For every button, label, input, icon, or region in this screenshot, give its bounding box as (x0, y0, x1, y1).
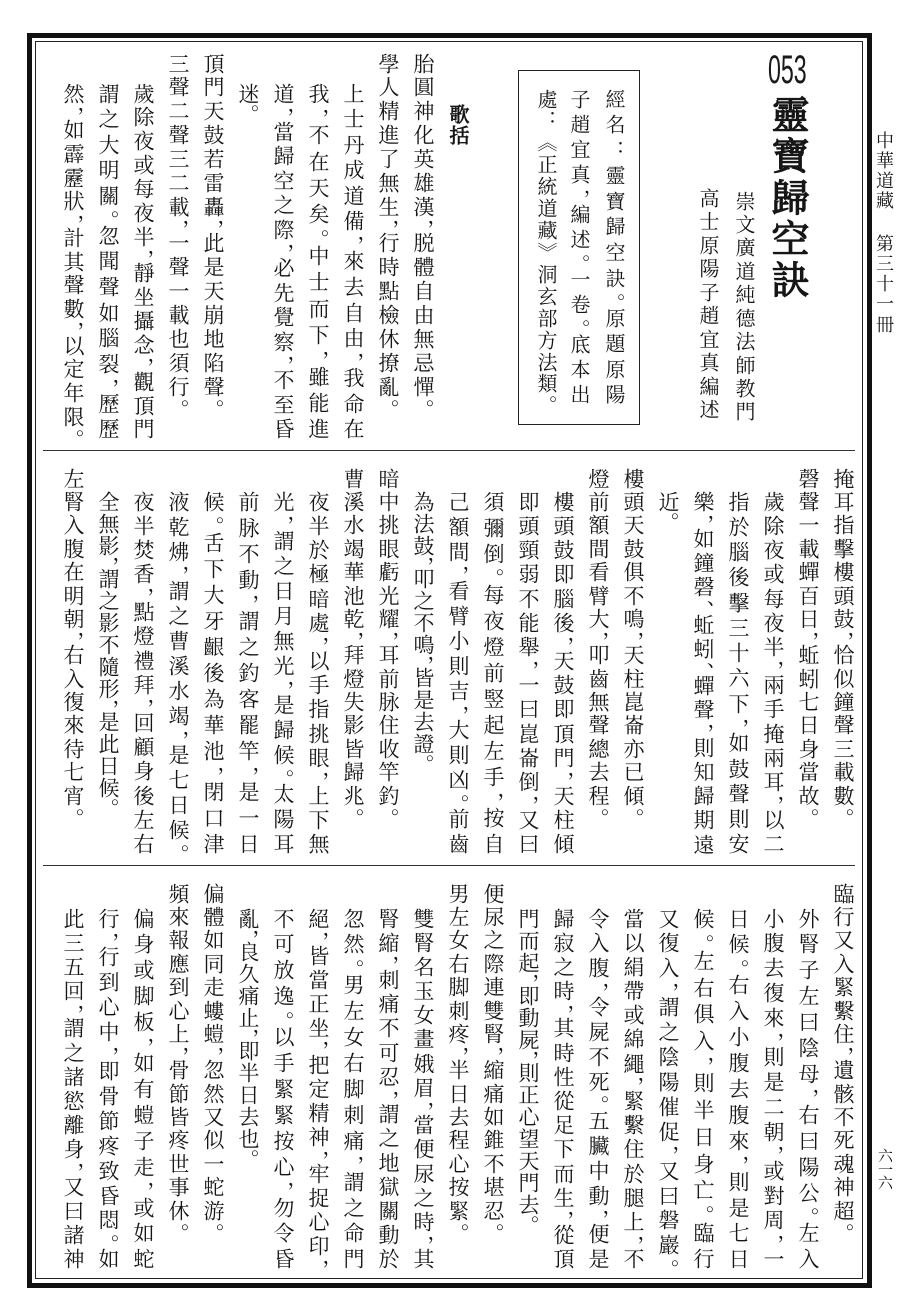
glyph: 鳴 (615, 608, 650, 630)
glyph: 頸 (510, 539, 545, 561)
glyph: 靈 (596, 165, 631, 186)
glyph: 放 (265, 959, 300, 981)
glyph: 天 (615, 514, 650, 536)
glyph: 年 (55, 382, 90, 404)
glyph: 。 (265, 769, 300, 780)
glyph: ， (160, 219, 195, 230)
glyph: 悶 (90, 1209, 125, 1231)
glyph: 或 (125, 1196, 160, 1218)
glyph: 當 (265, 120, 300, 142)
glyph: 。 (230, 104, 265, 115)
glyph: 候 (90, 776, 125, 798)
glyph: 天 (195, 100, 230, 122)
glyph: 聲 (160, 124, 195, 146)
glyph: 光 (265, 654, 300, 676)
glyph: 寂 (545, 931, 580, 953)
glyph: 。 (440, 794, 475, 805)
glyph: ， (790, 1088, 825, 1099)
glyph: 男 (440, 882, 475, 904)
glyph: 手 (755, 698, 790, 720)
glyph: 臨 (685, 1221, 720, 1243)
glyph: 半 (755, 636, 790, 658)
glyph: ， (160, 1046, 195, 1057)
glyph: ， (265, 107, 300, 118)
glyph: 而 (300, 297, 335, 319)
glyph: 手 (300, 674, 335, 696)
glyph: 成 (335, 159, 370, 181)
glyph: 近 (650, 490, 685, 512)
glyph: 一 (561, 268, 596, 289)
verse-line: 學人精進了無生，行時點檢休撩亂。 (370, 52, 405, 410)
glyph: 偏 (125, 907, 160, 929)
glyph: 有 (125, 1077, 160, 1099)
glyph: 題 (596, 333, 631, 354)
glyph: 半 (685, 1099, 720, 1121)
glyph: ， (90, 1046, 125, 1057)
glyph: 住 (825, 1023, 860, 1045)
glyph: 畫 (405, 1028, 440, 1050)
glyph: 走 (125, 1155, 160, 1177)
glyph: 。 (510, 1215, 545, 1226)
glyph: 夜 (475, 609, 510, 631)
glyph: ， (300, 771, 335, 782)
glyph: 亡 (685, 1179, 720, 1201)
glyph: 入 (580, 932, 615, 954)
glyph: 朝 (55, 608, 90, 630)
glyph: 自 (475, 833, 510, 855)
glyph: 來 (335, 250, 370, 272)
glyph: ， (580, 982, 615, 993)
glyph: 日 (265, 579, 300, 601)
glyph: 掩 (825, 467, 860, 489)
glyph: 入 (825, 952, 860, 974)
glyph: 其 (405, 1248, 440, 1270)
commentary-line: 我，不在天矣。中士而下，雖能進 (300, 82, 335, 440)
glyph: 經 (596, 88, 631, 109)
glyph: ， (370, 631, 405, 642)
glyph: 其 (55, 250, 90, 272)
glyph: 之 (405, 1186, 440, 1208)
glyph: 尿 (475, 905, 510, 927)
glyph: 不 (370, 1017, 405, 1039)
glyph: 如 (125, 1052, 160, 1074)
glyph: 五 (580, 1109, 615, 1131)
glyph: 體 (405, 256, 440, 278)
glyph: 不 (265, 907, 300, 929)
commentary-line: 行，行到心中，即骨節疼致昏悶。如 (90, 907, 125, 1270)
glyph: 之 (90, 108, 125, 130)
glyph: 後 (720, 566, 755, 588)
commentary-line: 全無影，謂之影不隨形，是此日候。 (90, 490, 125, 809)
glyph: 節 (90, 1109, 125, 1131)
glyph: 心 (440, 1152, 475, 1174)
glyph: 隨 (90, 655, 125, 677)
glyph: 能 (510, 612, 545, 634)
glyph: 蚯 (685, 613, 720, 635)
glyph: 拜 (335, 644, 370, 666)
commentary-line: 液乾炥，謂之曹溪水竭，是七日候。 (160, 490, 195, 855)
glyph: 雄 (405, 171, 440, 193)
glyph: 忌 (405, 351, 440, 373)
page-title: 靈寶歸空訣 (767, 95, 807, 298)
commentary-line: 指於腦後擊三十六下，如鼓聲則安 (720, 490, 755, 855)
glyph: ， (720, 1155, 755, 1166)
glyph: 了 (370, 147, 405, 169)
glyph: 每 (125, 177, 160, 199)
glyph: 頂 (125, 394, 160, 416)
glyph: 丹 (335, 133, 370, 155)
glyph: 倒 (510, 771, 545, 793)
glyph: ， (90, 556, 125, 567)
glyph: ， (580, 1209, 615, 1220)
glyph: 眼 (300, 747, 335, 769)
glyph: 謂 (230, 609, 265, 631)
glyph: 士 (335, 108, 370, 130)
glyph: ， (300, 636, 335, 647)
glyph: 處 (528, 88, 563, 109)
glyph: 香 (125, 563, 160, 585)
glyph: 是 (160, 744, 195, 766)
commentary-line: 歲除夜或每夜半，靜坐攝念，觀頂門 (125, 82, 160, 440)
glyph: 良 (230, 940, 265, 962)
glyph: 離 (55, 1114, 90, 1136)
glyph: 安 (720, 833, 755, 855)
glyph: 屍 (510, 1028, 545, 1050)
glyph: 耳 (755, 771, 790, 793)
glyph: 去 (510, 1193, 545, 1215)
glyph: 則 (510, 1061, 545, 1083)
glyph: 或 (615, 1004, 650, 1026)
glyph: 如 (720, 732, 755, 754)
glyph: 玄 (528, 285, 563, 306)
glyph: 刺 (335, 1103, 370, 1125)
glyph: 腹 (720, 1103, 755, 1125)
glyph: ， (615, 1235, 650, 1246)
glyph: 圓 (405, 76, 440, 98)
glyph: 當 (790, 761, 825, 783)
glyph: 已 (615, 761, 650, 783)
glyph: 可 (370, 1041, 405, 1063)
glyph: ， (90, 699, 125, 710)
verse-line: 左腎入腹在明朝，右入復來待七宵。 (55, 467, 90, 819)
glyph: 日 (790, 714, 825, 736)
glyph: 藏 (528, 220, 563, 241)
glyph: ， (370, 219, 405, 230)
glyph: 。 (160, 399, 195, 410)
glyph: 日 (230, 833, 265, 855)
commentary-line: 夜半於極暗處，以手指挑眼，上下無 (300, 490, 335, 855)
glyph: 須 (160, 351, 195, 373)
glyph: 無 (300, 833, 335, 855)
note-line: 處：《正統道藏》洞玄部方法類。 (528, 88, 563, 405)
glyph: 禮 (125, 649, 160, 671)
glyph: 道 (726, 260, 761, 281)
glyph: 三 (160, 52, 195, 74)
glyph: 上 (160, 1023, 195, 1045)
glyph: 真 (690, 352, 725, 373)
glyph: 鐘 (825, 691, 860, 713)
glyph: 陽 (650, 1070, 685, 1092)
glyph: 宜 (561, 139, 596, 160)
glyph: ， (790, 631, 825, 642)
glyph: 失 (335, 691, 370, 713)
glyph: ， (300, 350, 335, 361)
glyph: 蛇 (195, 1176, 230, 1198)
glyph: 俱 (685, 1003, 720, 1025)
glyph: 連 (475, 976, 510, 998)
glyph: 曰 (55, 1199, 90, 1221)
glyph: 謂 (160, 579, 195, 601)
glyph: 致 (90, 1159, 125, 1181)
glyph: 影 (335, 714, 370, 736)
glyph: 前 (440, 808, 475, 830)
glyph: 鼓 (545, 539, 580, 561)
glyph: 竿 (230, 740, 265, 762)
glyph: 不 (405, 611, 440, 633)
glyph: 尿 (405, 1162, 440, 1184)
glyph: 形 (90, 677, 125, 699)
glyph: 撩 (370, 351, 405, 373)
glyph: 生 (545, 1186, 580, 1208)
glyph: 際 (265, 219, 300, 241)
glyph: 名 (405, 955, 440, 977)
glyph: 顧 (125, 736, 160, 758)
glyph: 左 (790, 985, 825, 1007)
glyph: 舌 (195, 531, 230, 553)
glyph: 足 (545, 1114, 580, 1136)
author-line: 崇文廣道純德法師教門 (726, 190, 761, 422)
glyph: 陰 (650, 1046, 685, 1068)
glyph: 然 (195, 1082, 230, 1104)
glyph: 去 (405, 710, 440, 732)
glyph: 倒 (475, 542, 510, 564)
glyph: 玉 (405, 980, 440, 1002)
glyph: 訣 (596, 267, 631, 288)
glyph: ， (55, 214, 90, 225)
glyph: 樓 (615, 467, 650, 489)
glyph: 又 (650, 1159, 685, 1181)
glyph: 去 (720, 1077, 755, 1099)
glyph: 挑 (300, 722, 335, 744)
glyph: 是 (195, 256, 230, 278)
glyph: ， (720, 718, 755, 729)
glyph: 又 (55, 1175, 90, 1197)
glyph: 螘 (195, 1023, 230, 1045)
glyph: 華 (868, 150, 898, 169)
glyph: 之 (335, 1196, 370, 1218)
verse-line: 男左女右脚刺疼，半日去程心按緊。 (440, 882, 475, 1234)
glyph: 崙 (615, 714, 650, 736)
glyph: 、 (685, 662, 720, 673)
glyph: 、 (685, 600, 720, 611)
glyph: 人 (370, 76, 405, 98)
glyph: 生 (370, 195, 405, 217)
glyph: 廣 (726, 237, 761, 258)
glyph: 載 (160, 195, 195, 217)
glyph: 暗 (300, 587, 335, 609)
glyph: 。 (335, 959, 370, 970)
glyph: 由 (405, 303, 440, 325)
glyph: 二 (755, 833, 790, 855)
glyph: 耳 (825, 490, 860, 512)
glyph: 乾 (160, 515, 195, 537)
glyph: 頭 (615, 490, 650, 512)
glyph: 昏 (265, 1248, 300, 1270)
glyph: 又 (195, 1106, 230, 1128)
glyph: 同 (195, 952, 230, 974)
glyph: ， (561, 189, 596, 199)
glyph: 去 (755, 957, 790, 979)
glyph: 。 (300, 229, 335, 240)
glyph: 按 (475, 807, 510, 829)
glyph: 頭 (825, 584, 860, 606)
glyph: 崩 (195, 303, 230, 325)
glyph: 若 (195, 147, 230, 169)
glyph: 關 (90, 184, 125, 206)
glyph: ， (125, 1181, 160, 1192)
glyph: 夜 (125, 490, 160, 512)
glyph: 如 (475, 1106, 510, 1128)
glyph: 定 (55, 358, 90, 380)
glyph: 三 (160, 147, 195, 169)
glyph: 光 (265, 490, 300, 512)
glyph: 左 (55, 467, 90, 489)
glyph: 洞 (528, 263, 563, 284)
glyph: 處 (300, 612, 335, 634)
glyph: 聲 (160, 256, 195, 278)
glyph: ， (510, 795, 545, 806)
glyph: 催 (650, 1095, 685, 1117)
glyph: 太 (265, 783, 300, 805)
glyph: 除 (125, 106, 160, 128)
glyph: 夜 (125, 201, 160, 223)
glyph: 客 (230, 688, 265, 710)
glyph: 入 (55, 514, 90, 536)
glyph: 必 (265, 257, 300, 279)
commentary-line: 光，謂之日月無光，是歸候。太陽耳 (265, 490, 300, 855)
glyph: 命 (335, 392, 370, 414)
glyph: 逸 (265, 985, 300, 1007)
glyph: 法 (726, 331, 761, 352)
glyph: 學 (370, 52, 405, 74)
glyph: ： (596, 139, 631, 160)
glyph: 昏 (265, 418, 300, 440)
glyph: 當 (300, 968, 335, 990)
glyph: 竪 (475, 688, 510, 710)
glyph: 迷 (230, 82, 265, 104)
glyph: 聞 (90, 250, 125, 272)
glyph: 動 (370, 1224, 405, 1246)
glyph: 磬 (790, 467, 825, 489)
glyph: 然 (55, 82, 90, 104)
commentary-line: 歸寂之時，其時性從足下而生，從頂 (545, 907, 580, 1270)
glyph: 入 (55, 667, 90, 689)
glyph: 屍 (580, 1021, 615, 1043)
glyph: 忍 (475, 1199, 510, 1221)
glyph: 門 (545, 747, 580, 769)
glyph: 即 (545, 698, 580, 720)
glyph: 收 (370, 737, 405, 759)
glyph: 道 (528, 198, 563, 219)
glyph: 門 (335, 1248, 370, 1270)
glyph: 綿 (615, 1028, 650, 1050)
glyph: 子 (690, 281, 725, 302)
commentary-line: 上士丹成道備，來去自由，我命在 (335, 82, 370, 440)
glyph: 看 (580, 561, 615, 583)
glyph: 男 (335, 974, 370, 996)
glyph: 繩 (615, 1052, 650, 1074)
glyph: 無 (265, 629, 300, 651)
glyph: 至 (265, 393, 300, 415)
glyph: 華 (335, 561, 370, 583)
glyph: ， (440, 565, 475, 576)
glyph: 左 (475, 740, 510, 762)
glyph: 柱 (545, 809, 580, 831)
glyph: 臂 (580, 584, 615, 606)
glyph: 載 (160, 303, 195, 325)
glyph: 以 (55, 334, 90, 356)
glyph: 起 (475, 714, 510, 736)
glyph: 之 (265, 554, 300, 576)
glyph: ， (230, 766, 265, 777)
glyph: 鼓 (405, 534, 440, 556)
glyph: 游 (195, 1199, 230, 1221)
glyph: 似 (825, 667, 860, 689)
glyph: 靈 (767, 95, 807, 133)
glyph: 把 (300, 1053, 335, 1075)
glyph: 不 (300, 124, 335, 146)
glyph: 三 (55, 931, 90, 953)
glyph: 行 (825, 905, 860, 927)
glyph: 痛 (230, 984, 265, 1006)
glyph: 為 (405, 490, 440, 512)
glyph: 之 (230, 635, 265, 657)
glyph: 知 (685, 760, 720, 782)
glyph: 日 (720, 1248, 755, 1270)
glyph: 五 (55, 955, 90, 977)
glyph: 腦 (545, 587, 580, 609)
glyph: ， (335, 1155, 370, 1166)
glyph: 。 (650, 1259, 685, 1270)
glyph: ， (510, 660, 545, 671)
glyph: 歲 (125, 82, 160, 104)
commentary-line: 道，當歸空之際，必先覺察，不至昏 (265, 82, 300, 440)
glyph: 縮 (475, 1059, 510, 1081)
glyph: 部 (528, 307, 563, 328)
glyph: 如 (195, 929, 230, 951)
glyph: 望 (510, 1127, 545, 1149)
glyph: 身 (55, 1138, 90, 1160)
glyph: 訣 (767, 260, 807, 298)
glyph: 述 (561, 229, 596, 250)
glyph: 回 (55, 980, 90, 1002)
glyph: ， (55, 631, 90, 642)
glyph: 之 (370, 1127, 405, 1149)
glyph: 寶 (596, 190, 631, 211)
glyph: 亂 (230, 907, 265, 929)
glyph: 限 (55, 405, 90, 427)
glyph: 六 (870, 1148, 900, 1161)
glyph: 。 (370, 808, 405, 819)
glyph: 頭 (510, 514, 545, 536)
glyph: 燈 (125, 625, 160, 647)
verse-line: 磬聲一載蟬百日，蚯蚓七日身當故。 (790, 467, 825, 819)
glyph: 左 (125, 809, 160, 831)
glyph: 來 (160, 905, 195, 927)
glyph: 中 (370, 490, 405, 512)
glyph: 化 (405, 124, 440, 146)
glyph: 謂 (370, 1103, 405, 1125)
